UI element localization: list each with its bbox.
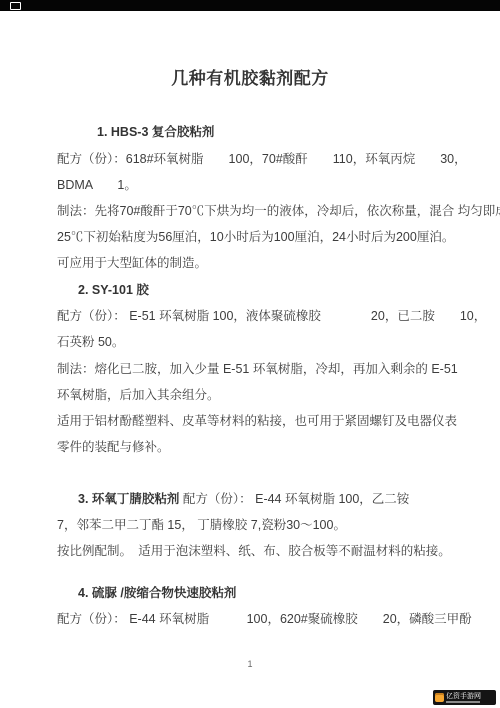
body-line: 按比例配制。 适用于泡沫塑料、纸、布、胶合板等不耐温材料的粘接。 [57,544,451,559]
body-line: 制法：先将70#酸酐于70℃下烘为均一的液体，冷却后，依次称量，混合 均匀即成。 [57,204,500,219]
body-line: 可应用于大型缸体的制造。 [57,256,207,271]
section-4-heading: 4. 硫脲 /胺缩合物快速胶粘剂 [78,586,236,601]
top-bar [0,0,500,11]
body-line: 7，邻苯二甲二丁酯 15， 丁腈橡胶 7,瓷粉30～100。 [57,518,346,533]
section-3-heading-line: 3. 环氧丁腈胶粘剂 配方（份）： E-44 环氧树脂 100，乙二铵 [78,492,409,507]
body-line: 零件的装配与修补。 [57,440,170,455]
body-line: 石英粉 50。 [57,335,124,350]
body-line: 配方（份）： E-44 环氧树脂 100，乙二铵 [179,492,409,506]
body-line: 配方（份）：618#环氧树脂 100，70#酸酐 110，环氧丙烷 30， [57,152,467,167]
body-line: 配方（份）： E-44 环氧树脂 100，620#聚硫橡胶 20，磷酸三甲酚 [57,612,472,627]
coin-stack-icon [435,693,444,702]
watermark-subline [446,701,480,703]
body-line: 制法：熔化已二胺，加入少量 E-51 环氧树脂，冷却，再加入剩余的 E-51 [57,362,458,377]
body-line: BDMA 1。 [57,178,137,193]
body-line: 25℃下初始粘度为56厘泊，10小时后为100厘泊，24小时后为200厘泊。 [57,230,454,245]
window-icon[interactable] [10,2,21,10]
page-title: 几种有机胶黏剂配方 [0,64,500,89]
section-3-heading: 3. 环氧丁腈胶粘剂 [78,492,179,506]
body-line: 环氧树脂，后加入其余组分。 [57,388,220,403]
page-number: 1 [0,659,500,669]
section-2-heading: 2. SY-101 胶 [78,283,149,298]
body-line: 配方（份）： E-51 环氧树脂 100，液体聚硫橡胶 20，已二胺 10， [57,309,486,324]
section-1-heading: 1. HBS-3 复合胶粘剂 [97,125,214,140]
body-line: 适用于铝材酚醛塑料、皮革等材料的粘接，也可用于紧固螺钉及电器仪表 [57,414,457,429]
watermark-text: 亿资手游网 [446,693,481,700]
watermark-badge: 亿资手游网 [433,690,496,705]
